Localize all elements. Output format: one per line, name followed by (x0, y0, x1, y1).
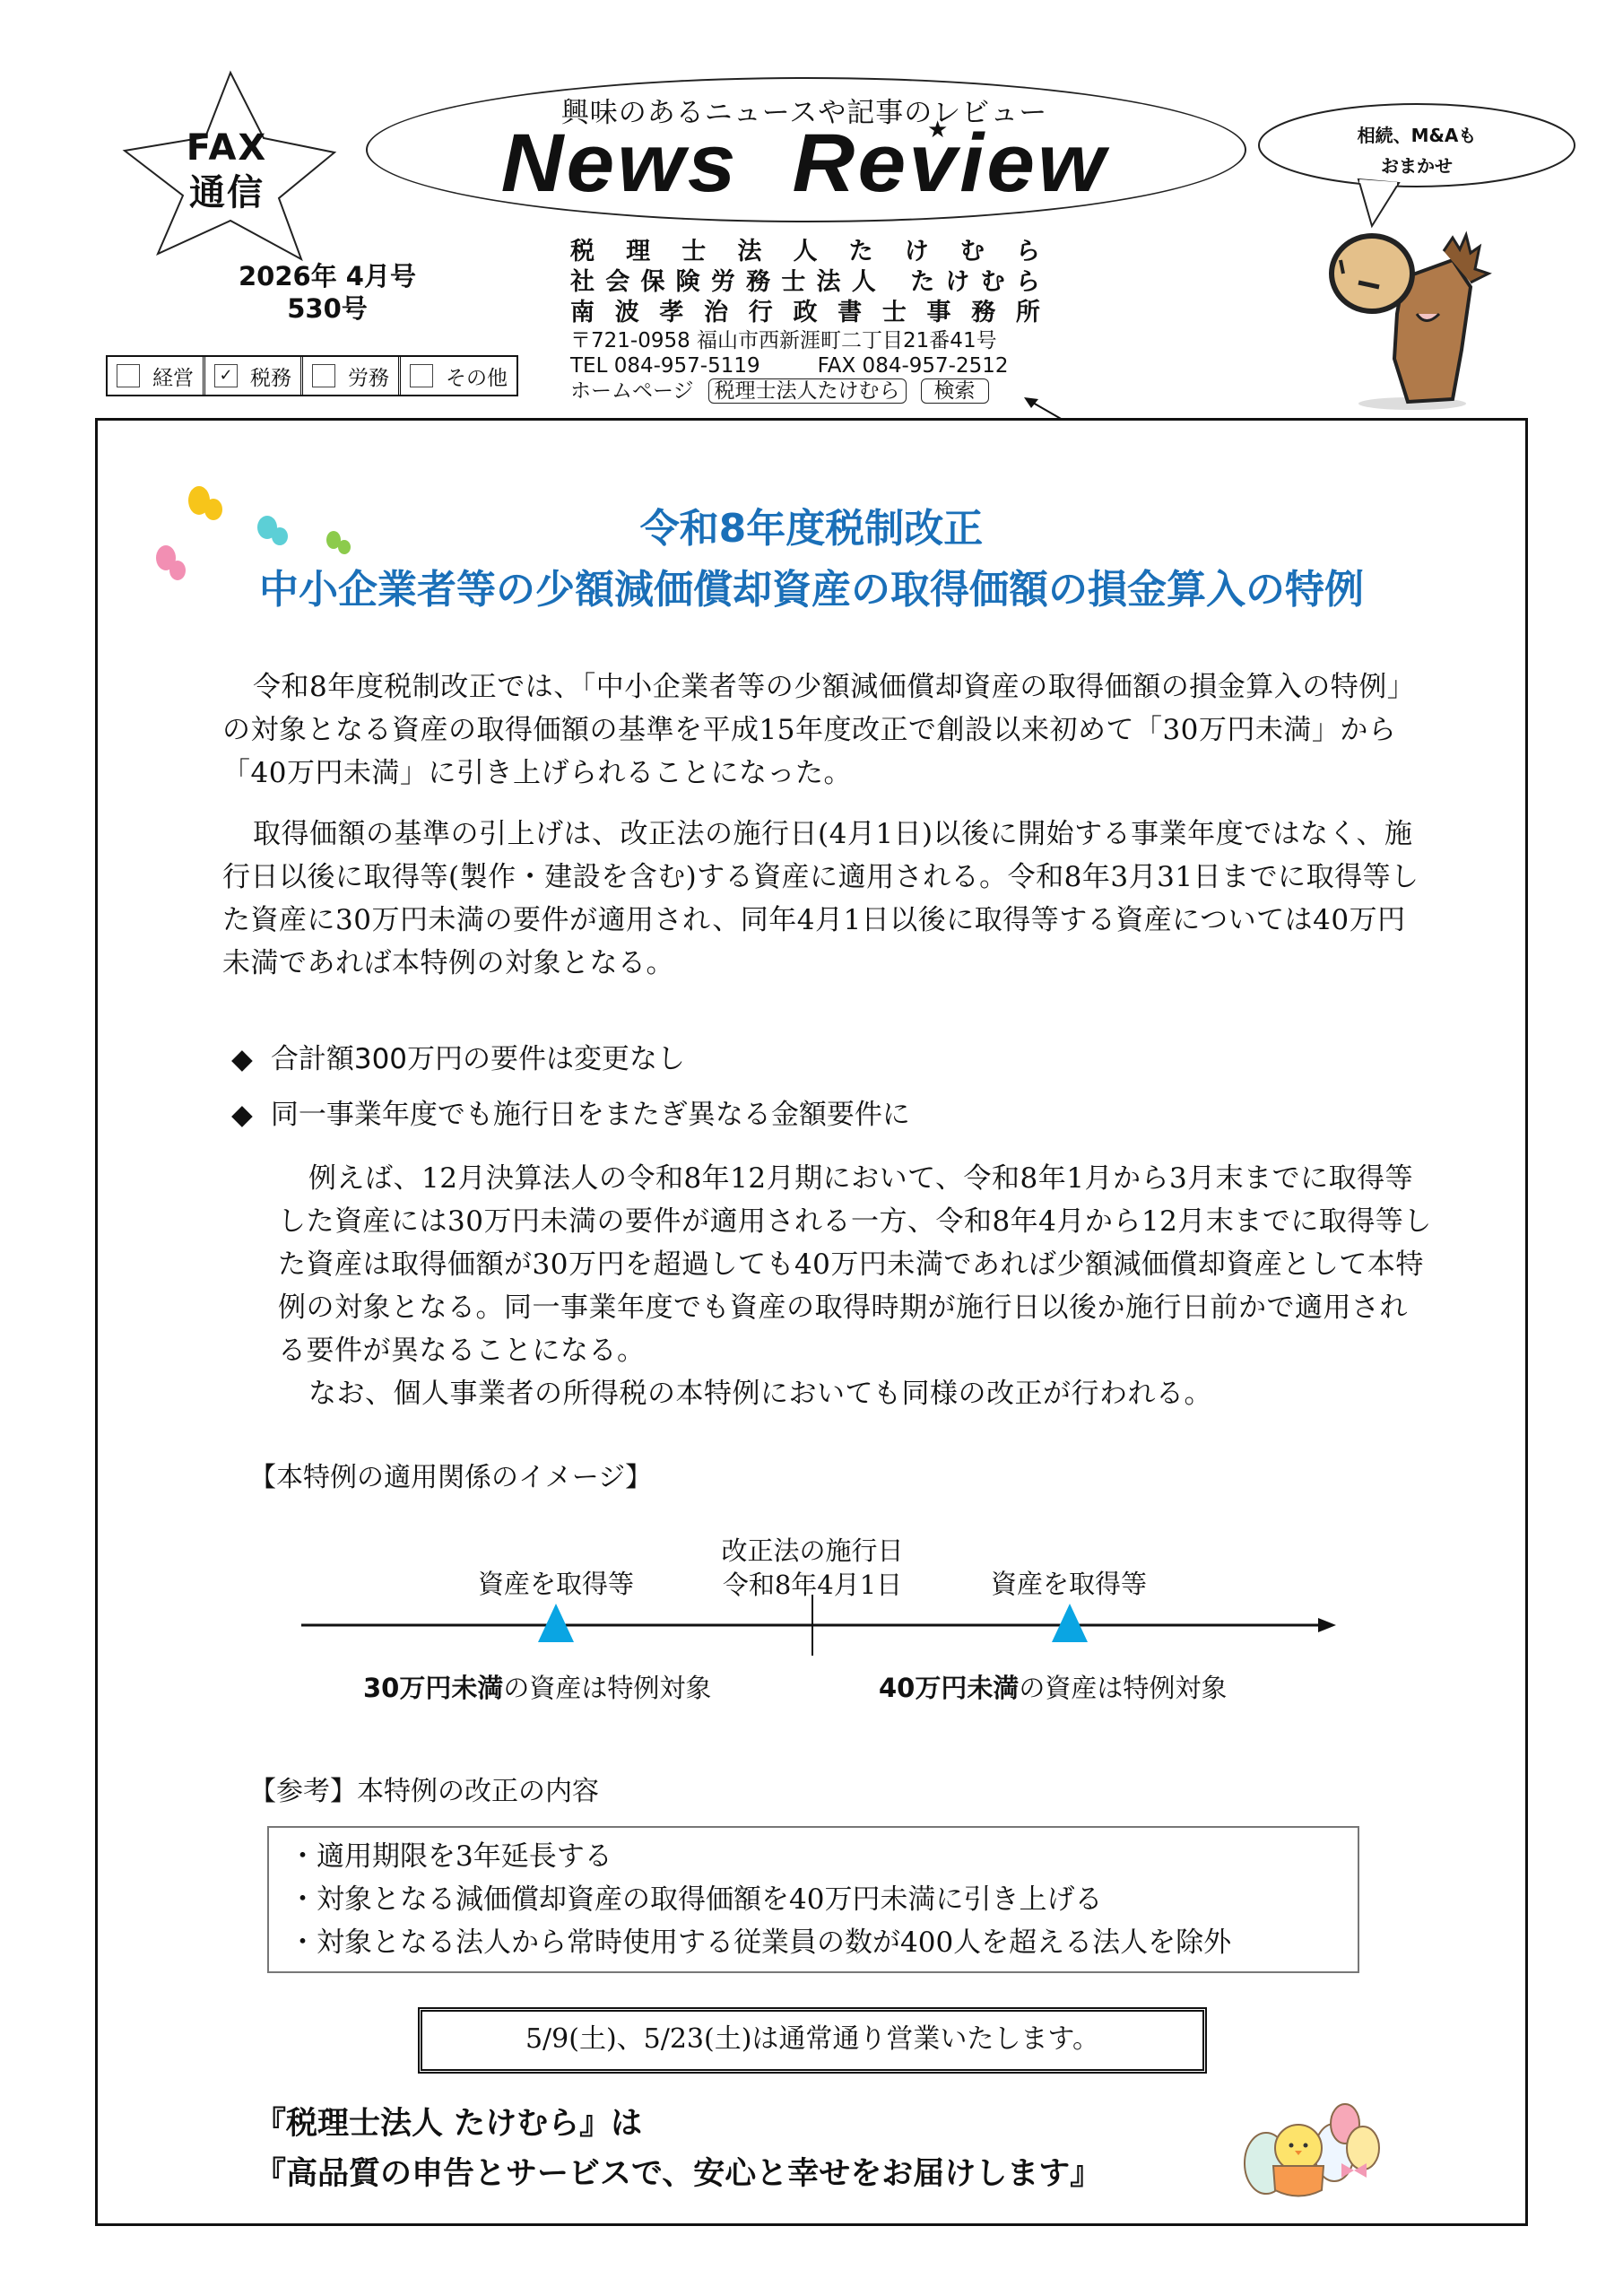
checkbox-icon[interactable] (410, 364, 433, 387)
timeline-right-desc: の資産は特例対象 (1019, 1673, 1227, 1703)
easter-chick-eggs-illustration (1228, 2099, 1390, 2206)
timeline-left-amount: 30万円未満 (363, 1673, 503, 1703)
timeline-right-bottom: 40万円未満の資産は特例対象 (879, 1668, 1227, 1705)
checkbox-icon[interactable] (312, 364, 335, 387)
firm-phone-fax: TEL 084-957-5119FAX 084-957-2512 (570, 353, 1040, 378)
fax-badge-star: FAX 通信 (106, 70, 348, 262)
issue-number: 530号 (215, 292, 439, 325)
reference-item: ・適用期限を3年延長する (289, 1835, 1358, 1878)
article-title: 令和8年度税制改正 中小企業者等の少額減価償却資産の取得価額の損金算入の特例 (135, 499, 1488, 621)
search-button[interactable]: 検索 (921, 378, 989, 404)
bubble-line2: おまかせ (1255, 151, 1578, 181)
diamond-icon: ◆ (231, 1087, 253, 1143)
category-other[interactable]: その他 (401, 357, 516, 395)
horse-mascot-illustration (1318, 224, 1497, 413)
issue-info: 2026年 4月号 530号 (215, 260, 439, 325)
homepage-label: ホームページ (570, 378, 694, 404)
category-checkboxes: 経営 ✓税務 労務 その他 (106, 355, 518, 396)
article-title-line2: 中小企業者等の少額減価償却資産の取得価額の損金算入の特例 (135, 560, 1488, 621)
slogan-line2: 『高品質の申告とサービスで、安心と幸せをお届けします』 (255, 2149, 1101, 2199)
star-small-icon: ★ (927, 117, 948, 143)
company-slogan: 『税理士法人 たけむら』は 『高品質の申告とサービスで、安心と幸せをお届けします… (255, 2099, 1101, 2199)
paragraph-4: なお、個人事業者の所得税の本特例においても同様の改正が行われる。 (278, 1372, 1435, 1415)
timeline-center: 改正法の施行日 令和8年4月1日 (714, 1534, 911, 1602)
triangle-marker-icon (538, 1604, 574, 1642)
key-points-list: ◆合計額300万円の要件は変更なし ◆同一事業年度でも施行日をまたぎ異なる金額要… (231, 1031, 1128, 1143)
firm-fax: FAX 084-957-2512 (818, 354, 1009, 378)
slogan-line1: 『税理士法人 たけむら』は (255, 2099, 1101, 2149)
paragraph-2: 取得価額の基準の引上げは、改正法の施行日(4月1日)以後に開始する事業年度ではな… (222, 813, 1424, 985)
search-term-box[interactable]: 税理士法人たけむら (708, 378, 907, 404)
key-point-text: 合計額300万円の要件は変更なし (271, 1031, 685, 1087)
badge-line1: FAX (106, 126, 348, 170)
firm-name-1: 税理士法人たけむら (570, 237, 1040, 267)
checkbox-checked-icon[interactable]: ✓ (214, 364, 238, 387)
reference-box: ・適用期限を3年延長する ・対象となる減価償却資産の取得価額を40万円未満に引き… (267, 1826, 1359, 1973)
firm-name-2: 社会保険労務士法人たけむら (570, 267, 1040, 298)
bubble-line1: 相続、M&Aも (1255, 120, 1578, 151)
key-point: ◆合計額300万円の要件は変更なし (231, 1031, 1128, 1087)
timeline-diagram: 資産を取得等 改正法の施行日 令和8年4月1日 資産を取得等 30万円未満の資産… (296, 1525, 1336, 1740)
timeline-left-top: 資産を取得等 (466, 1564, 646, 1601)
key-point: ◆同一事業年度でも施行日をまたぎ異なる金額要件に (231, 1087, 1128, 1143)
reference-heading: 【参考】本特例の改正の内容 (249, 1769, 599, 1808)
homepage-search: ホームページ 税理士法人たけむら 検索 (570, 378, 1040, 404)
paragraph-3: 例えば、12月決算法人の令和8年12月期において、令和8年1月から3月末までに取… (278, 1157, 1435, 1372)
checkbox-icon[interactable] (117, 364, 140, 387)
category-keiei[interactable]: 経営 (108, 357, 205, 395)
timeline-right-top: 資産を取得等 (979, 1564, 1159, 1601)
image-section-heading: 【本特例の適用関係のイメージ】 (249, 1455, 652, 1494)
triangle-marker-icon (1052, 1604, 1088, 1642)
paragraph-1: 令和8年度税制改正では、「中小企業者等の少額減価償却資産の取得価額の損金算入の特… (222, 665, 1424, 795)
diamond-icon: ◆ (231, 1031, 253, 1087)
category-zeimu[interactable]: ✓税務 (205, 357, 303, 395)
category-label: その他 (446, 361, 508, 391)
firm-name-3: 南波孝治行政書士事務所 (570, 298, 1040, 328)
firm-tel: TEL 084-957-5119 (570, 354, 760, 378)
timeline-right-amount: 40万円未満 (879, 1673, 1019, 1703)
timeline-center-line1: 改正法の施行日 (714, 1534, 911, 1568)
reference-item: ・対象となる減価償却資産の取得価額を40万円未満に引き上げる (289, 1878, 1358, 1921)
category-label: 労務 (348, 361, 389, 391)
reference-item: ・対象となる法人から常時使用する従業員の数が400人を超える法人を除外 (289, 1921, 1358, 1964)
firm-address: 〒721-0958 福山市西新涯町二丁目21番41号 (570, 328, 1040, 353)
speech-bubble: 相続、M&Aも おまかせ (1255, 100, 1578, 190)
key-point-text: 同一事業年度でも施行日をまたぎ異なる金額要件に (271, 1087, 910, 1143)
category-label: 経営 (152, 361, 194, 391)
category-label: 税務 (250, 361, 291, 391)
business-hours-notice: 5/9(土)、5/23(土)は通常通り営業いたします。 (418, 2007, 1207, 2074)
issue-date: 2026年 4月号 (215, 260, 439, 292)
article-title-line1: 令和8年度税制改正 (135, 499, 1488, 560)
masthead-logo: News Review (344, 118, 1265, 208)
paragraph-3-group: 例えば、12月決算法人の令和8年12月期において、令和8年1月から3月末までに取… (278, 1157, 1435, 1415)
logo-text: News Review (501, 117, 1108, 209)
badge-line2: 通信 (106, 170, 348, 215)
firm-info: 税理士法人たけむら 社会保険労務士法人たけむら 南波孝治行政書士事務所 〒721… (570, 237, 1040, 404)
timeline-center-line2: 令和8年4月1日 (714, 1568, 911, 1602)
category-roumu[interactable]: 労務 (303, 357, 401, 395)
timeline-left-bottom: 30万円未満の資産は特例対象 (363, 1668, 711, 1705)
arrow-head-icon (1318, 1618, 1336, 1632)
timeline-left-desc: の資産は特例対象 (503, 1673, 711, 1703)
